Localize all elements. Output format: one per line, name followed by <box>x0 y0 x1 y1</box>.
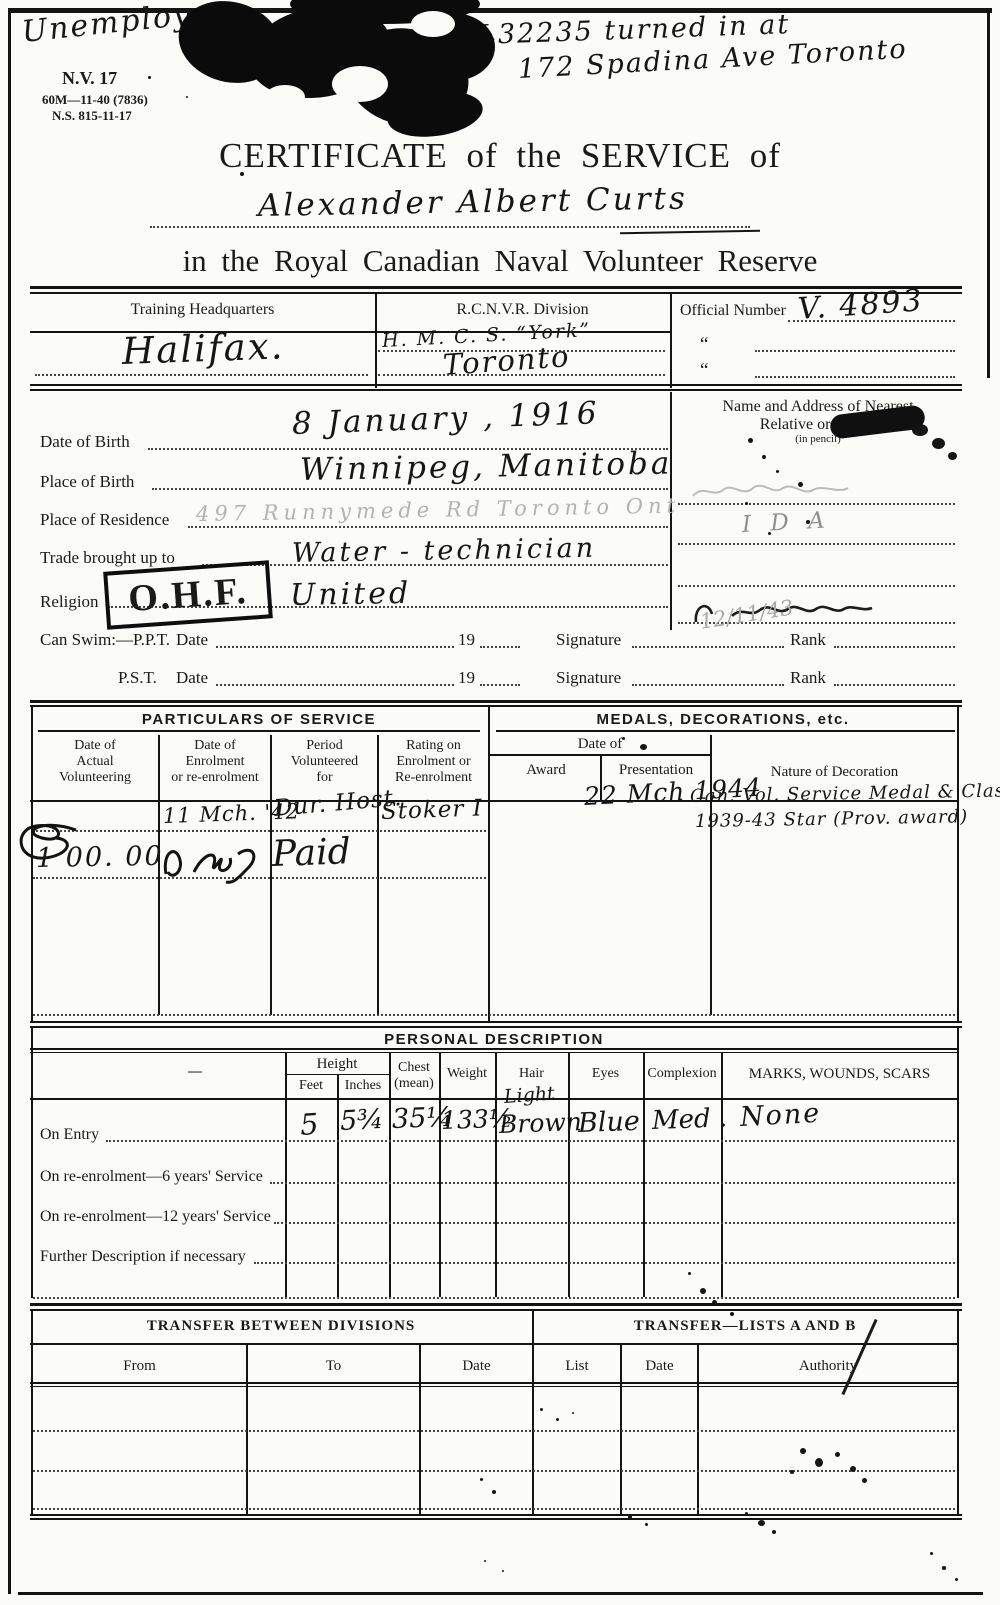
rule <box>30 1309 962 1311</box>
rule <box>30 1514 962 1516</box>
pst-label: P.S.T. <box>118 668 157 688</box>
ink-speck <box>776 470 779 473</box>
hdr-line: Period <box>272 738 377 754</box>
ink-speck <box>492 1490 496 1494</box>
tr-authority-header: Authority <box>699 1358 957 1374</box>
pd-height-header: Height <box>287 1056 387 1072</box>
rule <box>30 1052 958 1053</box>
col-header-period: Period Volunteered for <box>272 738 377 786</box>
name-underline-stroke <box>620 230 760 234</box>
signature-label: Signature <box>556 630 621 650</box>
row-dotted <box>254 1262 955 1264</box>
cell-dotted-line <box>755 350 955 352</box>
illegible-pencil-scribble <box>688 478 858 504</box>
pd-col <box>721 1052 723 1297</box>
rule <box>30 705 962 707</box>
row-dotted <box>274 1222 955 1224</box>
ink-speck <box>640 744 647 750</box>
personal-description-title: PERSONAL DESCRIPTION <box>30 1031 958 1048</box>
ink-speck <box>790 1470 794 1474</box>
ditto-mark: “ <box>700 334 708 356</box>
table-divider <box>670 294 672 388</box>
medals-title: MEDALS, DECORATIONS, etc. <box>488 711 958 728</box>
tr-to-header: To <box>248 1358 419 1374</box>
rule <box>30 1386 958 1387</box>
row-dotted <box>33 830 486 832</box>
ink-speck <box>745 1512 748 1515</box>
page-border-right <box>987 8 990 378</box>
ink-speck <box>835 1452 840 1457</box>
ink-speck <box>700 1288 706 1294</box>
pd-col <box>439 1052 441 1297</box>
hdr-line: (mean) <box>390 1076 438 1092</box>
rule <box>30 384 962 386</box>
relative-dotted-line <box>678 503 955 505</box>
ditto-mark: “ <box>700 360 708 382</box>
nature-value-line1: Can. Vol. Service Medal & Clasp. <box>690 780 1000 807</box>
form-number-line1: N.V. 17 <box>62 68 117 89</box>
year-19: 19 <box>458 668 475 688</box>
rank-label: Rank <box>790 668 826 688</box>
entry-hair-line2: Brown <box>498 1107 582 1139</box>
ink-speck <box>758 1520 765 1526</box>
pd-hair-header: Hair <box>496 1066 567 1082</box>
name-underline <box>150 226 750 228</box>
hdr-line: Chest <box>390 1060 438 1076</box>
swim-dotted <box>480 646 520 648</box>
trade-value: Water - technician <box>292 533 597 569</box>
pd-weight-header: Weight <box>440 1066 494 1082</box>
tr-list-header: List <box>534 1358 620 1374</box>
ink-speck <box>502 1570 504 1572</box>
training-hq-value: Halifax. <box>121 324 285 373</box>
page-border-bottom <box>18 1592 983 1595</box>
ink-speck <box>240 172 244 176</box>
swim-dotted <box>834 646 955 648</box>
rule <box>286 1074 389 1075</box>
ink-speck <box>628 1515 632 1519</box>
reenrol6-label: On re-enrolment—6 years' Service <box>40 1168 263 1186</box>
table-outer-right <box>957 707 959 1022</box>
swim-dotted <box>632 646 784 648</box>
trade-label: Trade brought up to <box>40 548 175 568</box>
hdr-line: Date of <box>160 738 270 754</box>
tr-from-header: From <box>33 1358 246 1374</box>
col-header-enrolment: Date of Enrolment or re-enrolment <box>160 738 270 786</box>
hdr-line: or re-enrolment <box>160 770 270 786</box>
ink-speck <box>572 1412 574 1414</box>
ink-speck <box>806 520 810 524</box>
ink-speck <box>800 1448 806 1454</box>
col-header-volunteering: Date of Actual Volunteering <box>33 738 157 786</box>
rule <box>30 389 962 391</box>
place-of-birth-label: Place of Birth <box>40 472 134 492</box>
ink-speck <box>688 1272 691 1275</box>
hdr-line: Date of <box>33 738 157 754</box>
row-dotted <box>270 1182 955 1184</box>
ohf-stamp-text: O.H.F. <box>127 570 249 620</box>
ohf-stamp: O.H.F. <box>103 560 273 629</box>
ink-speck <box>932 438 945 449</box>
pd-outer-right <box>957 1026 959 1298</box>
ink-speck <box>540 1408 543 1411</box>
entry-marks: None <box>739 1098 822 1133</box>
ink-speck <box>942 1566 946 1570</box>
pd-dash: — <box>150 1064 240 1080</box>
religion-label: Religion <box>40 592 99 612</box>
ink-speck <box>948 452 957 460</box>
hdr-line: Volunteered <box>272 754 377 770</box>
residence-label: Place of Residence <box>40 510 169 530</box>
entry-feet: 5 <box>299 1107 320 1142</box>
ink-blot <box>135 0 505 152</box>
form-number-line3: N.S. 815-11-17 <box>52 108 132 124</box>
pd-marks-header: MARKS, WOUNDS, SCARS <box>723 1066 956 1082</box>
entry-inches: 5¾ <box>339 1104 384 1137</box>
tr-outer-left <box>31 1309 33 1516</box>
cell-dotted-line <box>378 374 665 376</box>
row-dotted <box>33 1508 955 1510</box>
swim-dotted <box>834 684 955 686</box>
ink-speck <box>955 1578 958 1581</box>
pd-col <box>643 1052 645 1297</box>
rule <box>496 730 955 732</box>
transfer-lists-title: TRANSFER—LISTS A AND B <box>532 1318 958 1335</box>
swim-dotted <box>632 684 784 686</box>
field-dotted-line <box>188 526 668 528</box>
relative-dotted-line <box>678 543 955 545</box>
ink-speck <box>862 1478 867 1483</box>
rank-label: Rank <box>790 630 826 650</box>
pd-outer-left <box>31 1026 33 1298</box>
pd-col <box>495 1052 497 1297</box>
hdr-line: Rating on <box>379 738 488 754</box>
amount-value: 1 00. 00 <box>36 841 164 874</box>
certificate-of-service-document: Unemploym L32235 turned in at 172 Spadin… <box>0 0 1000 1605</box>
official-number-header: Official Number <box>680 302 786 320</box>
tr-center <box>532 1309 534 1516</box>
rule <box>30 1026 962 1028</box>
signature-label: Signature <box>556 668 621 688</box>
ink-speck <box>798 482 803 487</box>
cell-dotted-line <box>755 376 955 378</box>
cell-dotted-line <box>35 374 368 376</box>
rule <box>30 700 962 703</box>
pd-chest-header: Chest (mean) <box>390 1060 438 1092</box>
service-member-name: Alexander Albert Curts <box>258 180 689 223</box>
table-bottom-dotted <box>33 1014 955 1016</box>
year-19: 19 <box>458 630 475 650</box>
tr-date-header: Date <box>421 1358 532 1374</box>
ink-speck <box>730 1312 734 1316</box>
ink-speck <box>712 1300 717 1305</box>
pd-inches-header: Inches <box>338 1078 388 1094</box>
tr-outer-right <box>957 1309 959 1516</box>
religion-value: United <box>290 576 412 613</box>
nature-value-line2: 1939-43 Star (Prov. award) <box>695 806 969 832</box>
rule <box>30 1518 962 1520</box>
pd-complexion-header: Complexion <box>644 1066 720 1082</box>
ink-speck <box>930 1552 933 1555</box>
entry-eyes: Blue <box>577 1106 640 1139</box>
hdr-line: Enrolment <box>160 754 270 770</box>
date-label: Date <box>176 668 208 688</box>
row-dotted <box>33 1430 955 1432</box>
medals-date-of-header: Date of <box>490 736 710 752</box>
paymaster-initials-scribble <box>160 834 264 886</box>
tr-date2-header: Date <box>622 1358 697 1374</box>
place-of-birth-value: Winnipeg, Manitoba <box>300 446 673 488</box>
on-entry-label: On Entry <box>40 1126 99 1144</box>
training-hq-header: Training Headquarters <box>30 302 375 318</box>
residence-value: 497 Runnymede Rd Toronto Ont <box>196 494 680 526</box>
hdr-line: Enrolment or <box>379 754 488 770</box>
paid-value: Paid <box>271 831 351 875</box>
ink-speck <box>762 455 766 459</box>
page-subtitle: in the Royal Canadian Naval Volunteer Re… <box>60 243 940 279</box>
rule <box>38 730 480 732</box>
pd-feet-header: Feet <box>286 1078 336 1094</box>
swim-dotted <box>480 684 520 686</box>
row-dotted <box>33 1470 955 1472</box>
date-of-birth-value: 8 January , 1916 <box>291 395 600 442</box>
rule <box>30 1021 962 1023</box>
ink-speck <box>748 438 753 443</box>
relative-entry-ida: I D A <box>741 507 831 538</box>
ink-speck <box>645 1523 648 1526</box>
ink-speck <box>850 1466 856 1472</box>
ink-speck <box>745 502 748 505</box>
row-dotted <box>106 1140 955 1142</box>
further-description-label: Further Description if necessary <box>40 1248 246 1266</box>
ink-speck <box>480 1478 483 1481</box>
entry-complexion: Med . <box>651 1103 727 1136</box>
hdr-line: Re-enrolment <box>379 770 488 786</box>
can-swim-ppt-label: Can Swim:—P.P.T. <box>40 630 170 650</box>
hdr-line: for <box>272 770 377 786</box>
swim-dotted <box>216 684 454 686</box>
hdr-line: Actual <box>33 754 157 770</box>
ink-speck <box>768 532 771 535</box>
entry-hair-line1: Light <box>503 1082 555 1107</box>
rcnvr-division-header: R.C.N.V.R. Division <box>375 302 670 318</box>
particulars-title: PARTICULARS OF SERVICE <box>30 711 488 728</box>
ink-speck <box>772 1530 776 1534</box>
ink-speck <box>484 1560 486 1562</box>
page-border-left <box>8 8 11 1594</box>
rule <box>30 286 962 289</box>
date-label: Date <box>176 630 208 650</box>
table-bottom-dotted <box>33 1297 955 1299</box>
hdr-line: Volunteering <box>33 770 157 786</box>
form-number-line2: 60M—11-40 (7836) <box>42 92 148 108</box>
pd-eyes-header: Eyes <box>569 1066 642 1082</box>
relative-dotted-line <box>678 585 955 587</box>
pd-col <box>568 1052 570 1297</box>
ink-speck <box>622 737 625 740</box>
transfer-divisions-title: TRANSFER BETWEEN DIVISIONS <box>30 1318 532 1335</box>
rule <box>30 1048 958 1050</box>
rule <box>30 1303 962 1306</box>
reenrol12-label: On re-enrolment—12 years' Service <box>40 1208 271 1226</box>
rule <box>30 1382 958 1384</box>
ink-speck <box>556 1418 559 1421</box>
field-dotted-line <box>152 488 668 490</box>
medals-award-header: Award <box>492 762 600 778</box>
rule <box>30 1343 958 1345</box>
rating-value: Stoker I <box>381 795 484 825</box>
col-header-rating: Rating on Enrolment or Re-enrolment <box>379 738 488 786</box>
date-of-birth-label: Date of Birth <box>40 432 130 452</box>
ink-speck <box>815 1458 823 1467</box>
rule <box>490 754 710 756</box>
swim-dotted <box>216 646 454 648</box>
